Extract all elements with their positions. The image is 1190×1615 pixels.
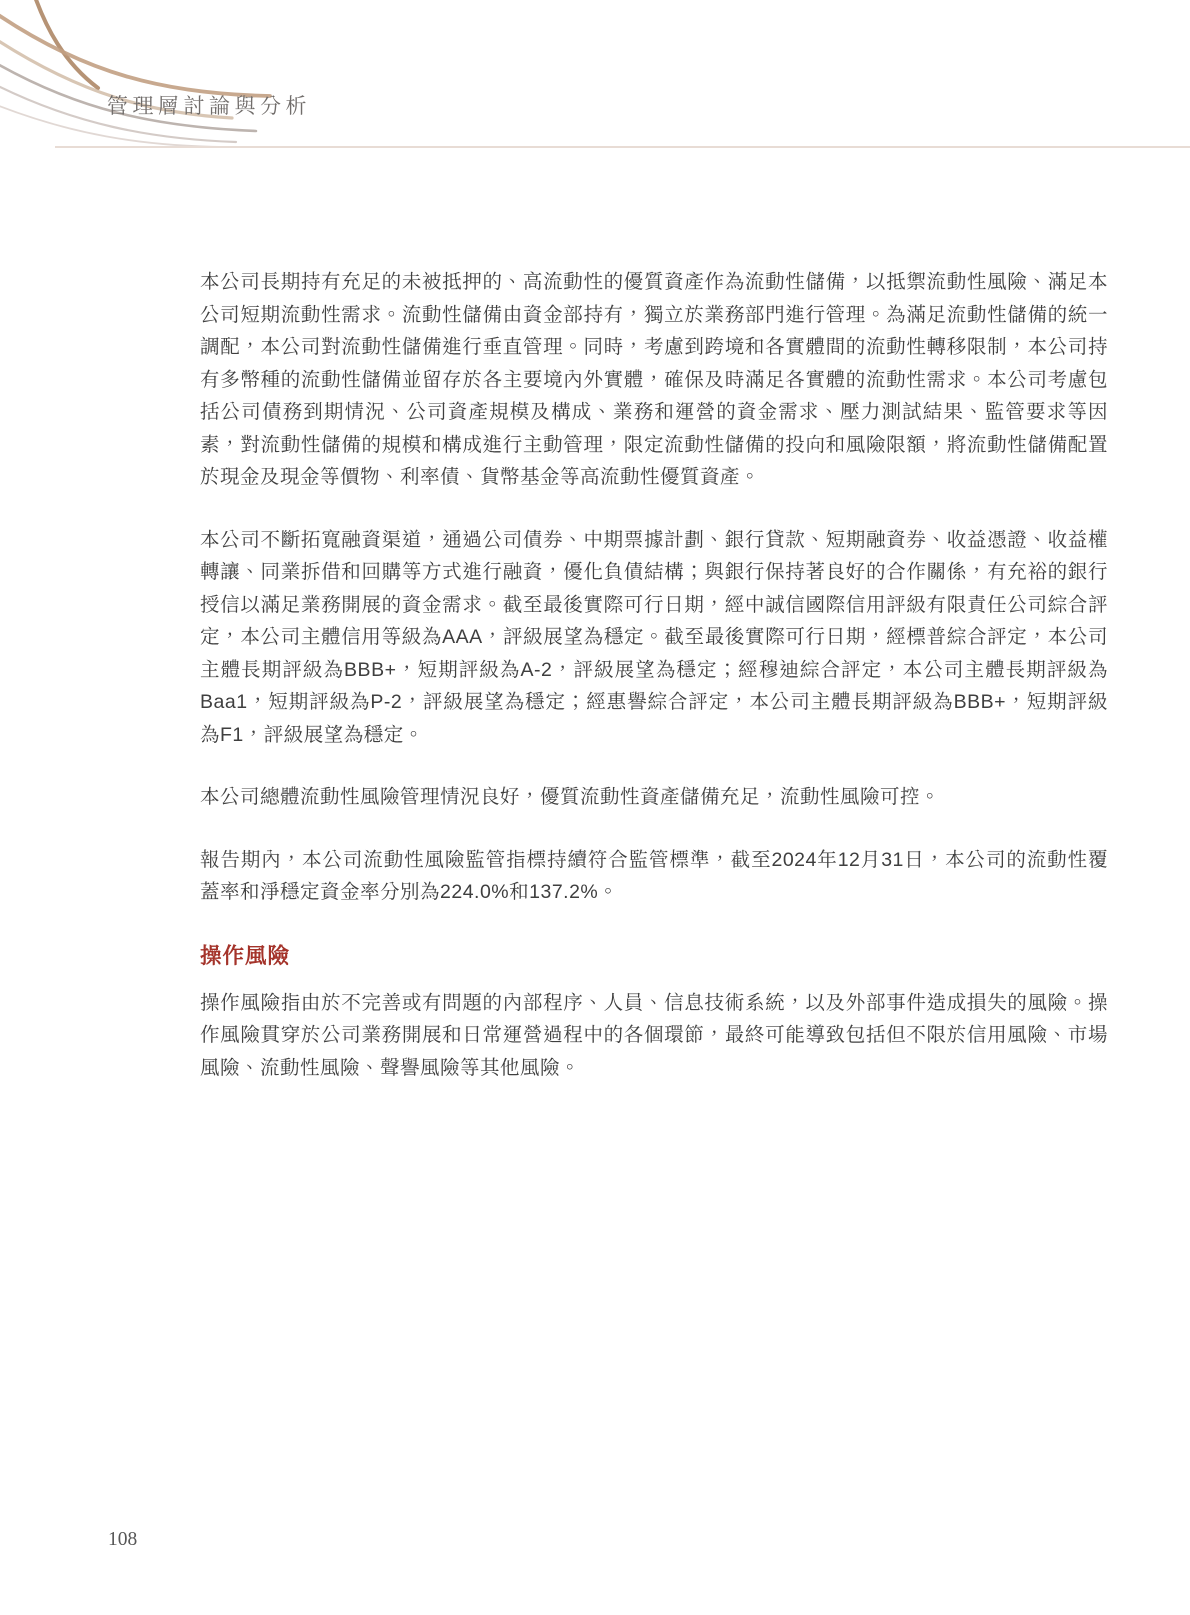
paragraph-regulatory-indicators: 報告期內，本公司流動性風險監管指標持續符合監管標準，截至2024年12月31日，… [200,844,1108,909]
paragraph-liquidity-risk-summary: 本公司總體流動性風險管理情況良好，優質流動性資產儲備充足，流動性風險可控。 [200,781,1108,814]
decorative-arcs-logo [0,0,310,165]
document-page: 管理層討論與分析 本公司長期持有充足的未被抵押的、高流動性的優質資產作為流動性儲… [0,0,1190,1615]
content-area: 本公司長期持有充足的未被抵押的、高流動性的優質資產作為流動性儲備，以抵禦流動性風… [200,266,1108,1114]
paragraph-operational-risk-definition: 操作風險指由於不完善或有問題的內部程序、人員、信息技術系統，以及外部事件造成損失… [200,987,1108,1085]
section-heading-operational-risk: 操作風險 [200,939,1108,973]
paragraph-liquidity-reserves: 本公司長期持有充足的未被抵押的、高流動性的優質資產作為流動性儲備，以抵禦流動性風… [200,266,1108,494]
paragraph-financing-channels-credit-ratings: 本公司不斷拓寬融資渠道，通過公司債券、中期票據計劃、銀行貸款、短期融資券、收益憑… [200,524,1108,752]
page-number: 108 [108,1529,137,1551]
page-header-title: 管理層討論與分析 [107,90,311,120]
header-divider [55,146,1190,148]
